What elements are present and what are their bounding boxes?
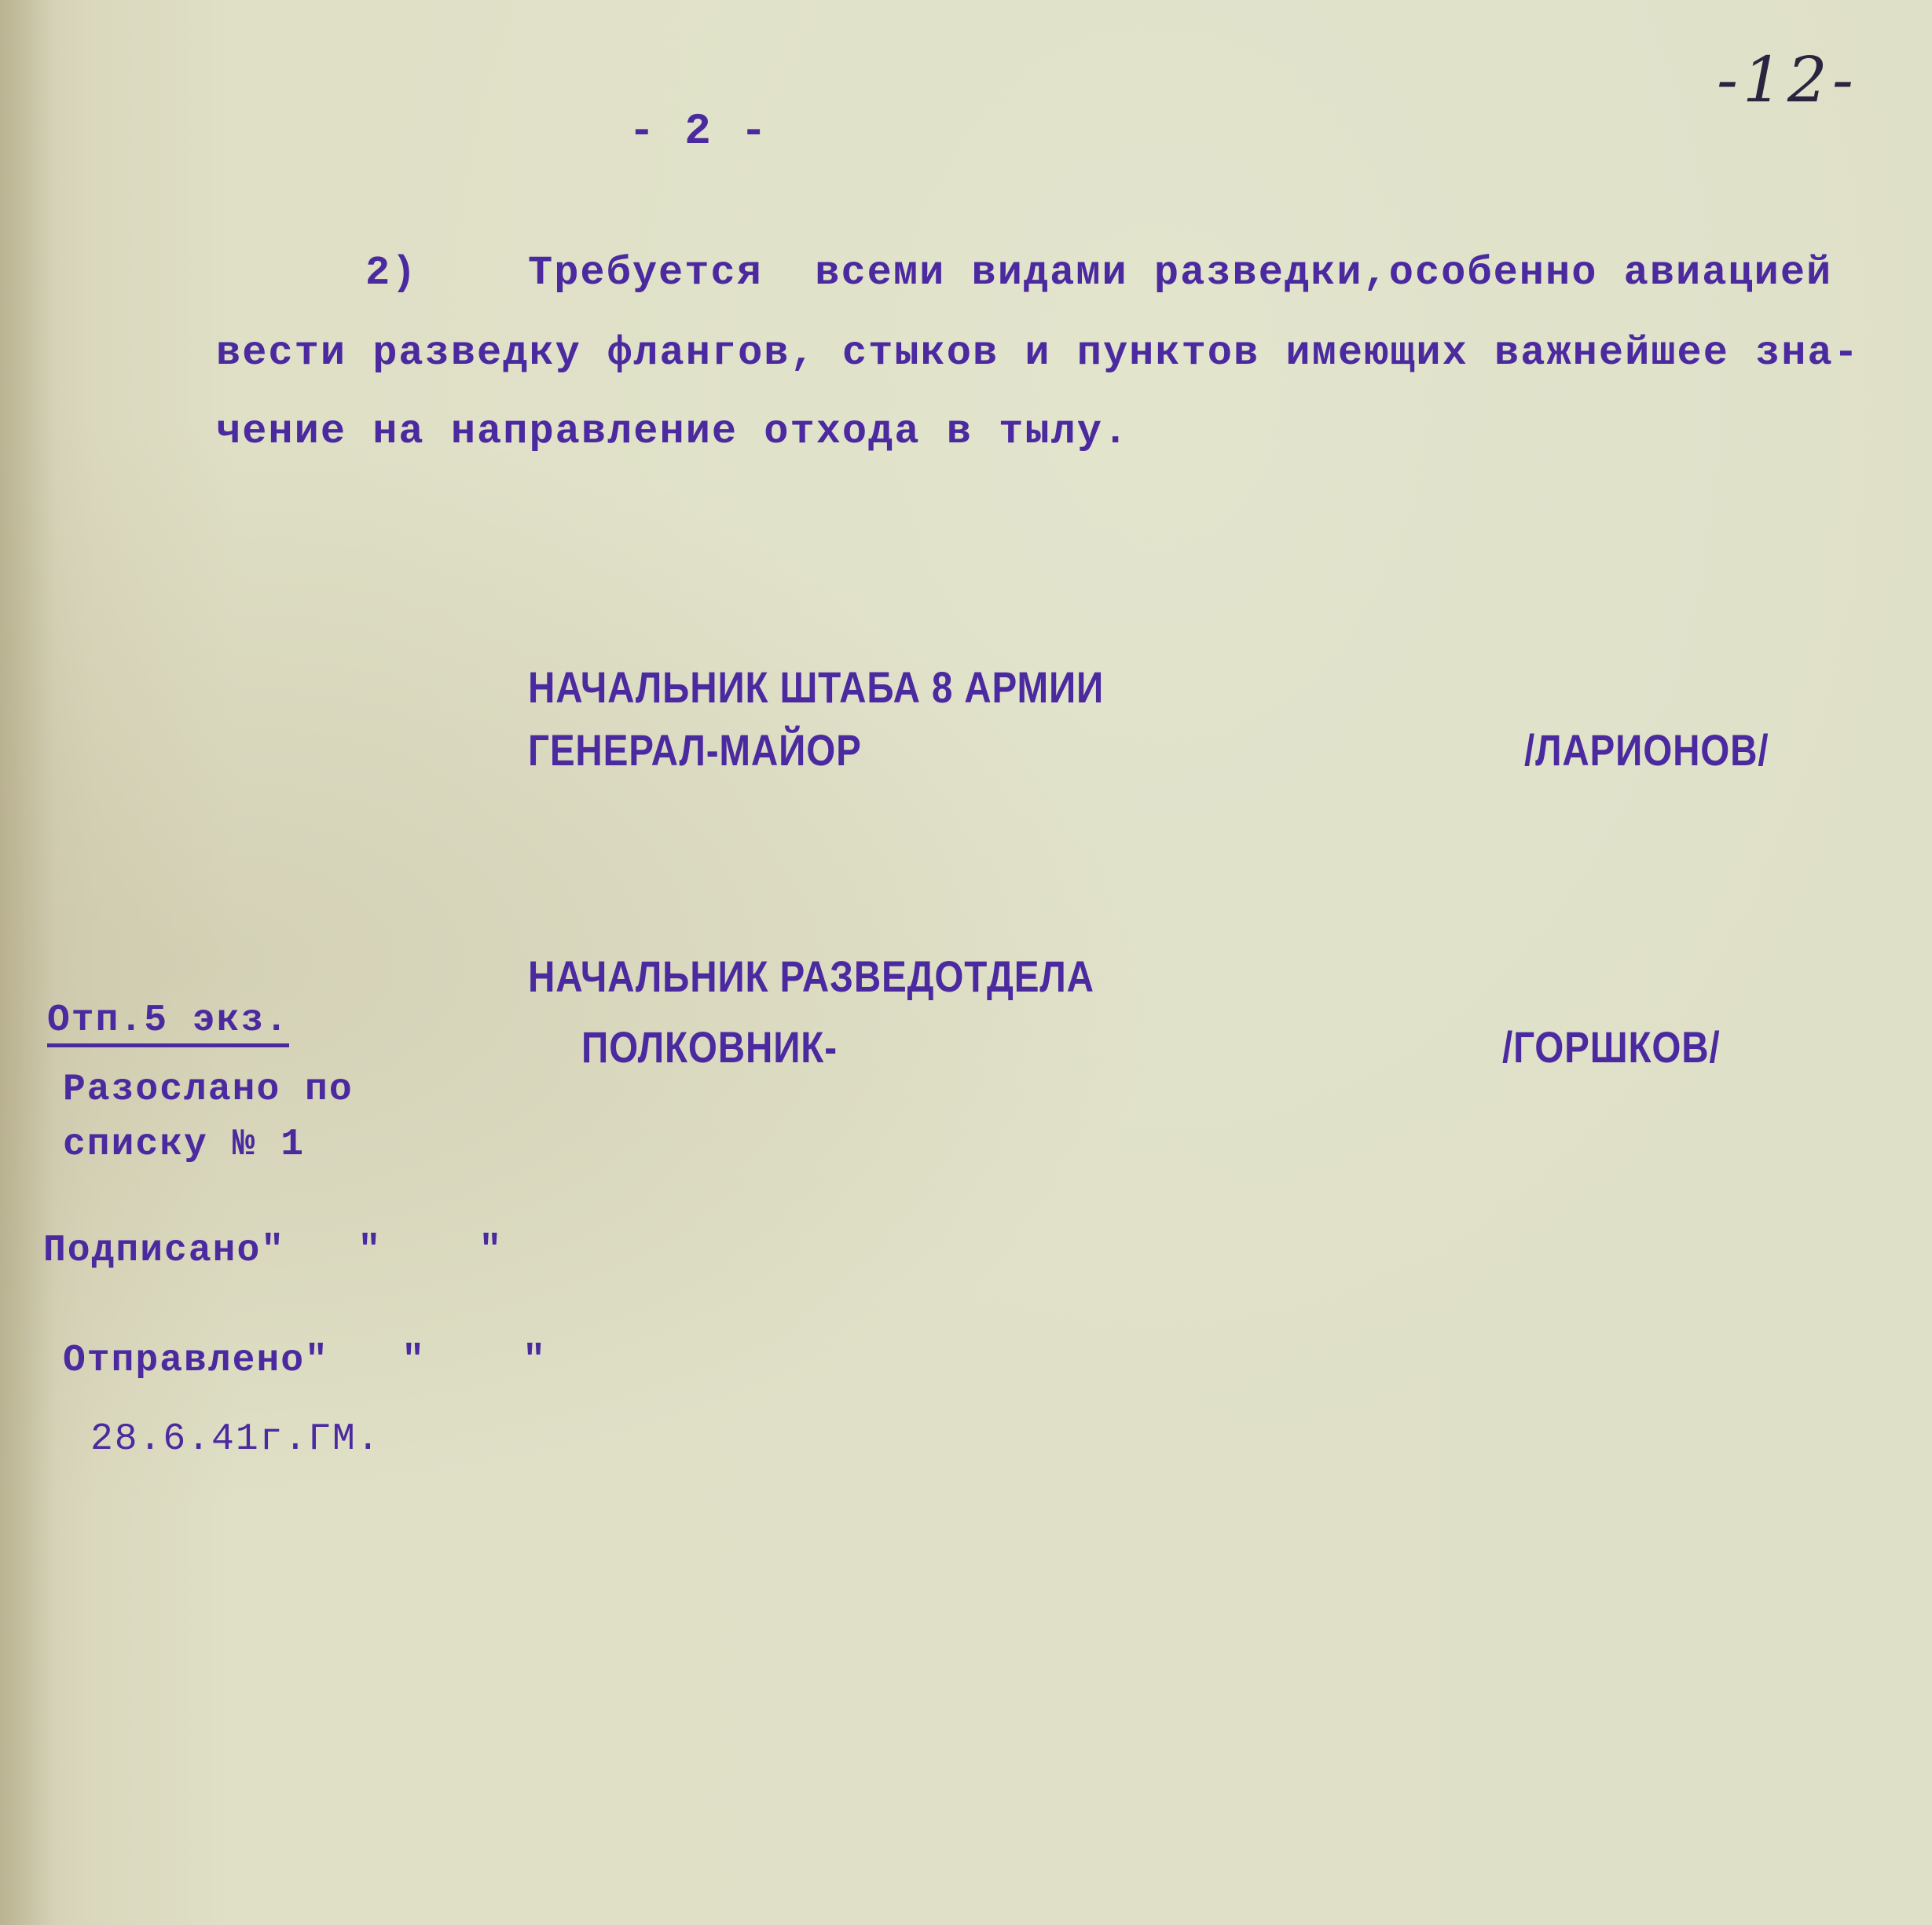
- paragraph-line: чение на направление отхода в тылу.: [216, 409, 1129, 455]
- signatory-title: НАЧАЛЬНИК РАЗВЕДОТДЕЛА: [528, 951, 1094, 1002]
- distribution-note: Разослано по: [63, 1069, 354, 1111]
- page-number: - 2 -: [629, 106, 768, 156]
- signed-note: Подписано" " ": [43, 1230, 503, 1272]
- dispatched-note: Отправлено" " ": [63, 1340, 547, 1382]
- signatory-name: /ГОРШКОВ/: [1502, 1021, 1721, 1072]
- paragraph-line: вести разведку флангов, стыков и пунктов…: [216, 330, 1860, 376]
- signatory-title: НАЧАЛЬНИК ШТАБА 8 АРМИИ: [528, 662, 1104, 713]
- paper-edge-shadow: [0, 0, 55, 1925]
- copies-note: Отп.5 экз.: [47, 999, 289, 1047]
- signatory-rank: ГЕНЕРАЛ-МАЙОР: [528, 724, 862, 775]
- distribution-note: списку № 1: [63, 1124, 305, 1166]
- paragraph-number: 2): [365, 250, 417, 296]
- paragraph-line: Требуется всеми видами разведки,особенно…: [528, 250, 1832, 296]
- signatory-rank: ПОЛКОВНИК-: [581, 1021, 838, 1072]
- archive-folio-number: -12-: [1717, 43, 1858, 116]
- date-note: 28.6.41г.ГМ.: [90, 1418, 381, 1461]
- signatory-name: /ЛАРИОНОВ/: [1524, 724, 1769, 775]
